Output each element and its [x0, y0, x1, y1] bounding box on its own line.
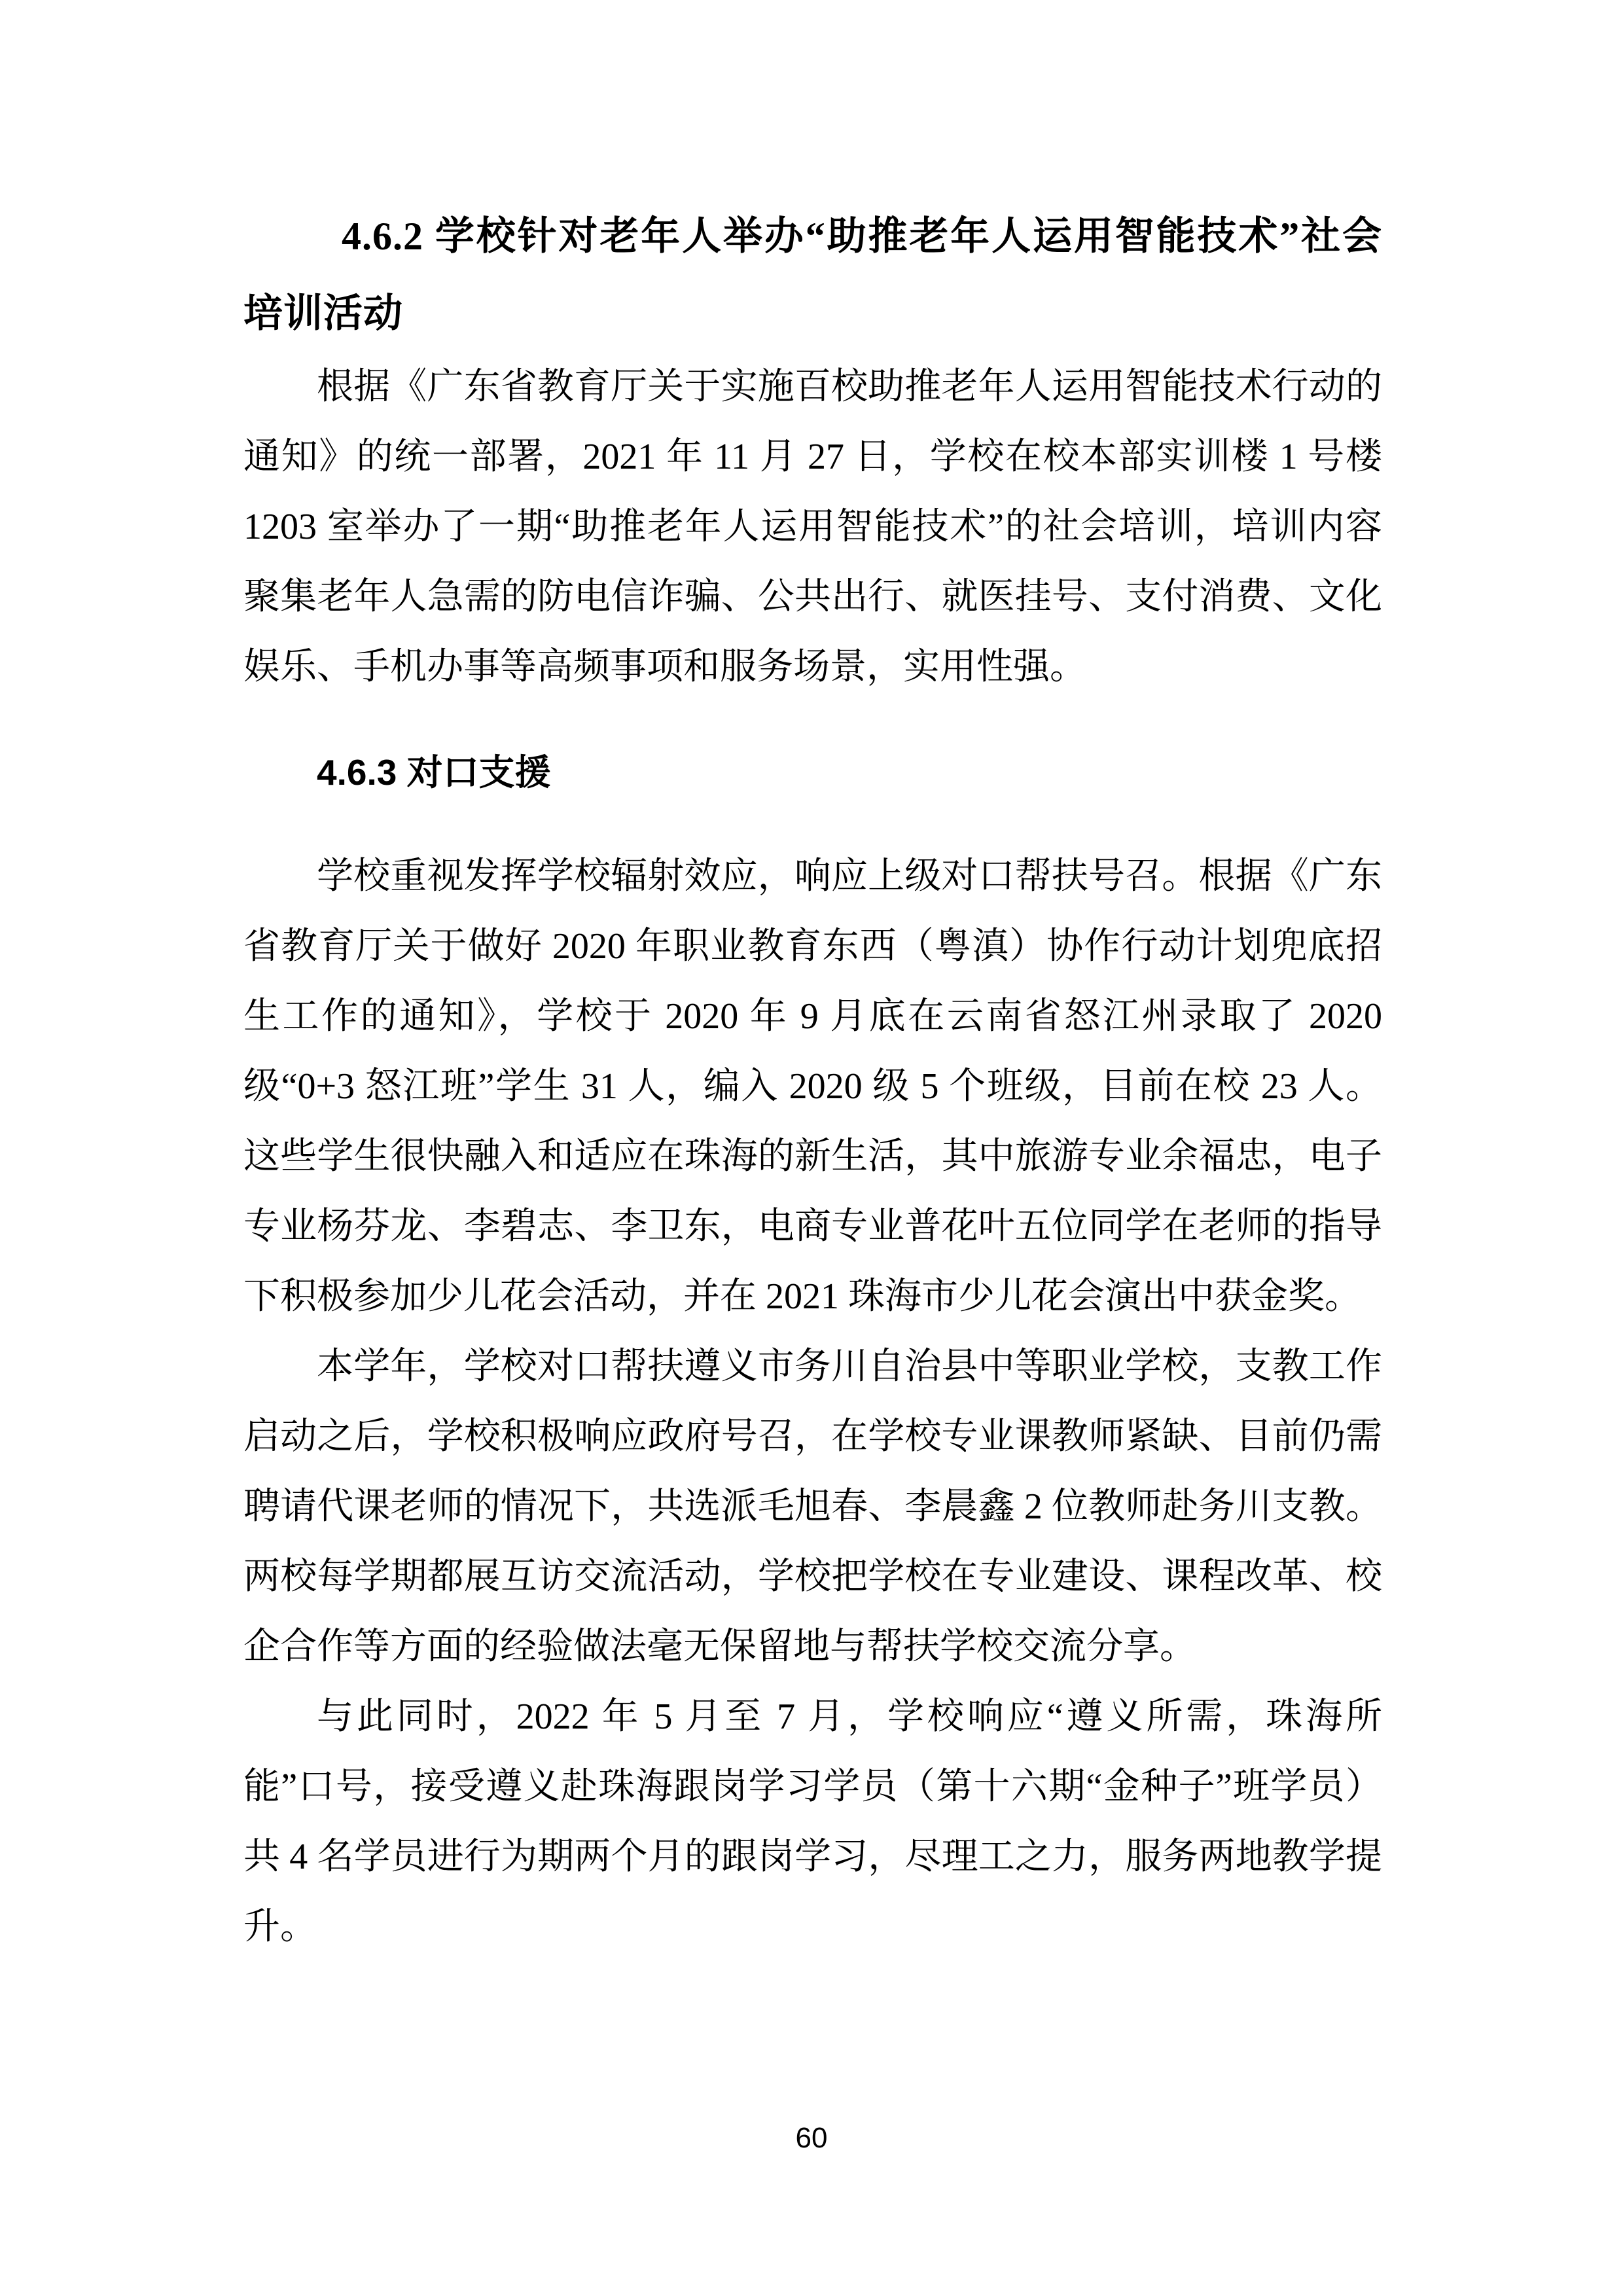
page-content: 4.6.2 学校针对老年人举办“助推老年人运用智能技术”社会培训活动 根据《广东…: [0, 0, 1623, 1962]
paragraph-trainee-exchange: 与此同时，2022 年 5 月至 7 月，学校响应“遵义所需，珠海所能”口号，接…: [243, 1682, 1382, 1962]
paragraph-zunyi-support: 本学年，学校对口帮扶遵义市务川自治县中等职业学校，支教工作启动之后，学校积极响应…: [243, 1332, 1382, 1682]
paragraph-senior-training: 根据《广东省教育厅关于实施百校助推老年人运用智能技术行动的通知》的统一部署，20…: [243, 352, 1382, 702]
page-number: 60: [0, 2122, 1623, 2155]
section-heading-4-6-2: 4.6.2 学校针对老年人举办“助推老年人运用智能技术”社会培训活动: [243, 198, 1382, 352]
paragraph-nujiang-students: 学校重视发挥学校辐射效应，响应上级对口帮扶号召。根据《广东省教育厅关于做好 20…: [243, 842, 1382, 1332]
section-heading-4-6-3: 4.6.3 对口支援: [243, 738, 1382, 808]
document-page: 4.6.2 学校针对老年人举办“助推老年人运用智能技术”社会培训活动 根据《广东…: [0, 0, 1623, 2296]
